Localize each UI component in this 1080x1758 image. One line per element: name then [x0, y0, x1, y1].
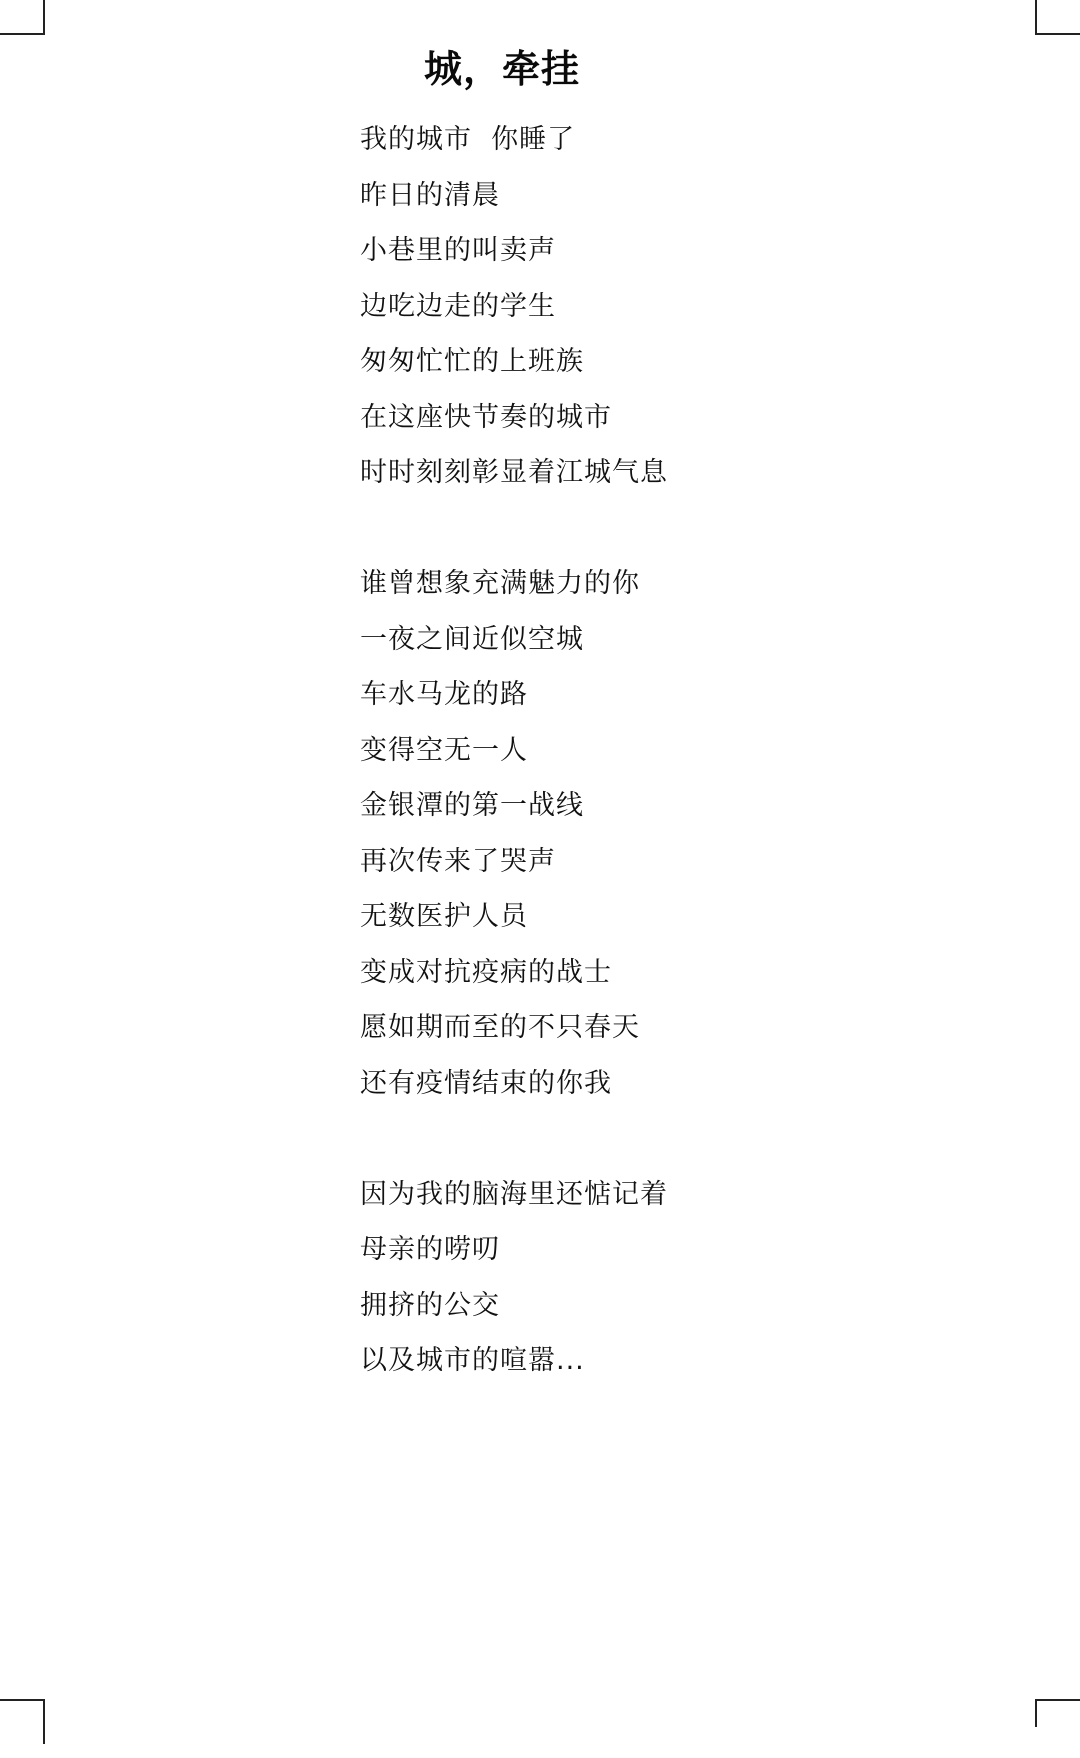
poem-title: 城，牵挂 — [0, 44, 1004, 94]
stanza-3: 因为我的脑海里还惦记着 母亲的唠叨 拥挤的公交 以及城市的喧嚣... — [360, 1167, 668, 1389]
poem-line: 母亲的唠叨 — [360, 1222, 668, 1278]
poem-line: 再次传来了哭声 — [360, 834, 668, 890]
stanza-2: 谁曾想象充满魅力的你 一夜之间近似空城 车水马龙的路 变得空无一人 金银潭的第一… — [360, 556, 668, 1111]
crop-mark-top-left-v — [43, 0, 45, 35]
crop-mark-top-right-v — [1035, 0, 1037, 35]
poem-line: 无数医护人员 — [360, 889, 668, 945]
poem-line: 还有疫情结束的你我 — [360, 1056, 668, 1112]
crop-mark-bottom-left-h — [0, 1699, 45, 1701]
poem-line: 小巷里的叫卖声 — [360, 223, 668, 279]
poem-line: 以及城市的喧嚣... — [360, 1333, 668, 1389]
crop-mark-bottom-right-v — [1035, 1699, 1037, 1727]
poem-body: 我的城市 你睡了 昨日的清晨 小巷里的叫卖声 边吃边走的学生 匆匆忙忙的上班族 … — [360, 112, 668, 1389]
poem-line: 愿如期而至的不只春天 — [360, 1000, 668, 1056]
poem-line: 匆匆忙忙的上班族 — [360, 334, 668, 390]
stanza-1: 我的城市 你睡了 昨日的清晨 小巷里的叫卖声 边吃边走的学生 匆匆忙忙的上班族 … — [360, 112, 668, 501]
poem-line: 变得空无一人 — [360, 723, 668, 779]
crop-mark-bottom-left-v — [43, 1699, 45, 1744]
poem-line: 变成对抗疫病的战士 — [360, 945, 668, 1001]
stanza-break — [360, 501, 668, 557]
stanza-break — [360, 1111, 668, 1167]
poem-line: 因为我的脑海里还惦记着 — [360, 1167, 668, 1223]
poem-line: 在这座快节奏的城市 — [360, 390, 668, 446]
poem-line: 车水马龙的路 — [360, 667, 668, 723]
poem-line: 昨日的清晨 — [360, 168, 668, 224]
poem-line: 边吃边走的学生 — [360, 279, 668, 335]
poem-line: 金银潭的第一战线 — [360, 778, 668, 834]
poem-line: 谁曾想象充满魅力的你 — [360, 556, 668, 612]
poem-line: 时时刻刻彰显着江城气息 — [360, 445, 668, 501]
crop-mark-top-right-h — [1035, 33, 1080, 35]
poem-line: 我的城市 你睡了 — [360, 112, 668, 168]
poem-line: 一夜之间近似空城 — [360, 612, 668, 668]
crop-mark-top-left-h — [0, 33, 45, 35]
crop-mark-bottom-right-h — [1035, 1699, 1080, 1701]
poem-line: 拥挤的公交 — [360, 1278, 668, 1334]
